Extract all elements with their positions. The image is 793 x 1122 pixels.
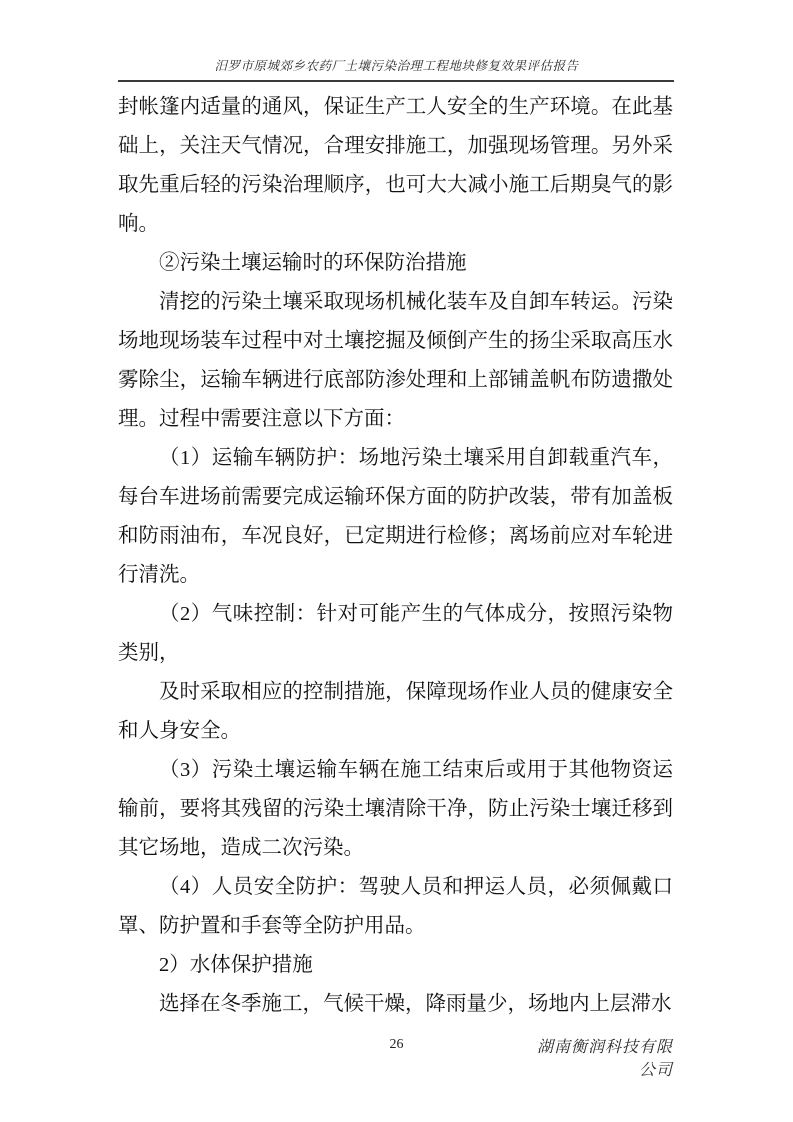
document-body: 封帐篷内适量的通风，保证生产工人安全的生产环境。在此基础上，关注天气情况，合理安… [118, 88, 673, 1024]
page-footer: 26 湖南衡润科技有限公司 [0, 1034, 793, 1058]
body-paragraph: ②污染土壤运输时的环保防治措施 [118, 244, 673, 283]
header-divider-rule [118, 80, 674, 82]
body-paragraph: （1）运输车辆防护：场地污染土壤采用自卸载重汽车，每台车进场前需要完成运输环保方… [118, 439, 673, 595]
body-paragraph: （4）人员安全防护：驾驶人员和押运人员，必须佩戴口罩、防护置和手套等全防护用品。 [118, 868, 673, 946]
body-paragraph: （3）污染土壤运输车辆在施工结束后或用于其他物资运输前，要将其残留的污染土壤清除… [118, 751, 673, 868]
page-header-title: 汨罗市原城郊乡农药厂土壤污染治理工程地块修复效果评估报告 [0, 56, 793, 74]
document-page: 汨罗市原城郊乡农药厂土壤污染治理工程地块修复效果评估报告 封帐篷内适量的通风，保… [0, 0, 793, 1122]
footer-company-name: 湖南衡润科技有限公司 [523, 1034, 673, 1080]
body-paragraph: 清挖的污染土壤采取现场机械化装车及自卸车转运。污染场地现场装车过程中对土壤挖掘及… [118, 283, 673, 439]
body-paragraph: 封帐篷内适量的通风，保证生产工人安全的生产环境。在此基础上，关注天气情况，合理安… [118, 88, 673, 244]
page-number: 26 [0, 1037, 793, 1053]
body-paragraph: 2）水体保护措施 [118, 946, 673, 985]
body-paragraph: 选择在冬季施工，气候干燥，降雨量少，场地内上层滞水 [118, 985, 673, 1024]
body-paragraph: （2）气味控制：针对可能产生的气体成分，按照污染物类别， [118, 595, 673, 673]
body-paragraph: 及时采取相应的控制措施，保障现场作业人员的健康安全和人身安全。 [118, 673, 673, 751]
